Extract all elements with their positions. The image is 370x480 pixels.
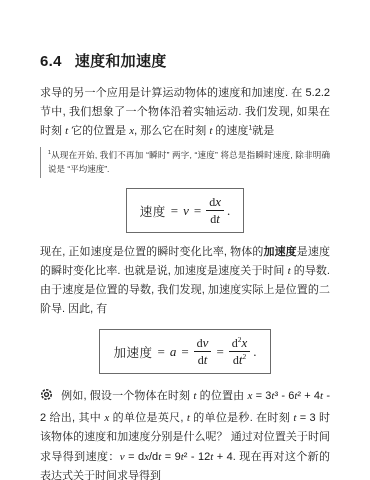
paragraph-velocity-intro: 求导的另一个应用是计算运动物体的速度和加速度. 在 5.2.2 节中, 我们想象… bbox=[40, 84, 330, 141]
paragraph-example: 例如, 假设一个物体在时刻 t 的位置由 x = 3t³ - 6t² + 4t … bbox=[40, 387, 330, 480]
equals-sign: = bbox=[157, 344, 164, 360]
text-run: , 那么它在时刻 bbox=[134, 125, 209, 137]
fraction-d2x-dt2: d2x dt2 bbox=[229, 336, 251, 367]
text-run: 例如, 假设一个物体在时刻 bbox=[61, 390, 193, 402]
text-run: v bbox=[203, 335, 209, 350]
text-run: ² - 12 bbox=[184, 451, 210, 463]
text-run: 就是 bbox=[252, 125, 274, 137]
fraction-denominator: dt bbox=[195, 352, 211, 367]
equals-sign: = bbox=[194, 203, 201, 219]
text-run: = d bbox=[125, 451, 144, 463]
section-number: 6.4 bbox=[40, 53, 62, 70]
spiral-example-icon bbox=[40, 388, 53, 409]
equation-period: . bbox=[227, 203, 230, 219]
fraction-dx-dt: dx dt bbox=[206, 195, 224, 226]
text-run: = 3 bbox=[252, 390, 271, 402]
equation-label: 速度 bbox=[140, 202, 166, 220]
text-run: 2 bbox=[242, 352, 246, 361]
fraction-numerator: d2x bbox=[229, 336, 251, 352]
textbook-page: 6.4速度和加速度 求导的另一个应用是计算运动物体的速度和加速度. 在 5.2.… bbox=[0, 0, 370, 480]
velocity-equation-box: 速度 = v = dx dt . bbox=[126, 188, 245, 233]
text-run: ² + 4 bbox=[297, 390, 320, 402]
equals-sign: = bbox=[171, 203, 178, 219]
equals-sign: = bbox=[181, 344, 188, 360]
text-run: 的速度 bbox=[212, 125, 248, 137]
text-run: 的单位是秒. 在时刻 bbox=[190, 412, 293, 424]
equals-sign: = bbox=[216, 344, 223, 360]
text-run: 加速度 bbox=[263, 246, 296, 258]
text-run: /d bbox=[149, 451, 158, 463]
fraction-denominator: dt2 bbox=[230, 352, 249, 367]
fraction-denominator: dt bbox=[207, 211, 223, 226]
text-run: ³ - 6 bbox=[274, 390, 294, 402]
acceleration-equation-box: 加速度 = a = dv dt = d2x dt2 . bbox=[99, 329, 270, 374]
footnote: 1从现在开始, 我们不再加 “瞬时” 两字, “速度” 将总是指瞬时速度, 除非… bbox=[40, 147, 330, 178]
fraction-dv-dt: dv dt bbox=[194, 336, 212, 367]
paragraph-acceleration-intro: 现在, 正如速度是位置的瞬时变化比率, 物体的加速度是速度的瞬时变化比率. 也就… bbox=[40, 243, 330, 319]
text-run: x bbox=[242, 335, 248, 350]
text-run: x bbox=[215, 194, 221, 209]
section-title: 6.4速度和加速度 bbox=[40, 50, 330, 71]
fraction-numerator: dx bbox=[206, 195, 224, 211]
variable-v: v bbox=[183, 203, 189, 219]
text-run: t bbox=[216, 211, 220, 226]
equation-period: . bbox=[253, 344, 256, 360]
text-run: = 9 bbox=[161, 451, 180, 463]
fraction-numerator: dv bbox=[194, 336, 212, 352]
text-run: 从现在开始, 我们不再加 “瞬时” 两字, “速度” 将总是指瞬时速度, 除非明… bbox=[48, 150, 330, 174]
text-run: 的单位是英尺, bbox=[109, 412, 187, 424]
equation-label: 加速度 bbox=[113, 343, 152, 361]
text-run: 现在, 正如速度是位置的瞬时变化比率, 物体的 bbox=[40, 246, 263, 258]
text-run: t bbox=[204, 352, 208, 367]
text-run: 的位置由 bbox=[196, 390, 247, 402]
variable-a: a bbox=[170, 344, 177, 360]
section-title-text: 速度和加速度 bbox=[75, 53, 167, 70]
text-run: 它的位置是 bbox=[68, 125, 129, 137]
